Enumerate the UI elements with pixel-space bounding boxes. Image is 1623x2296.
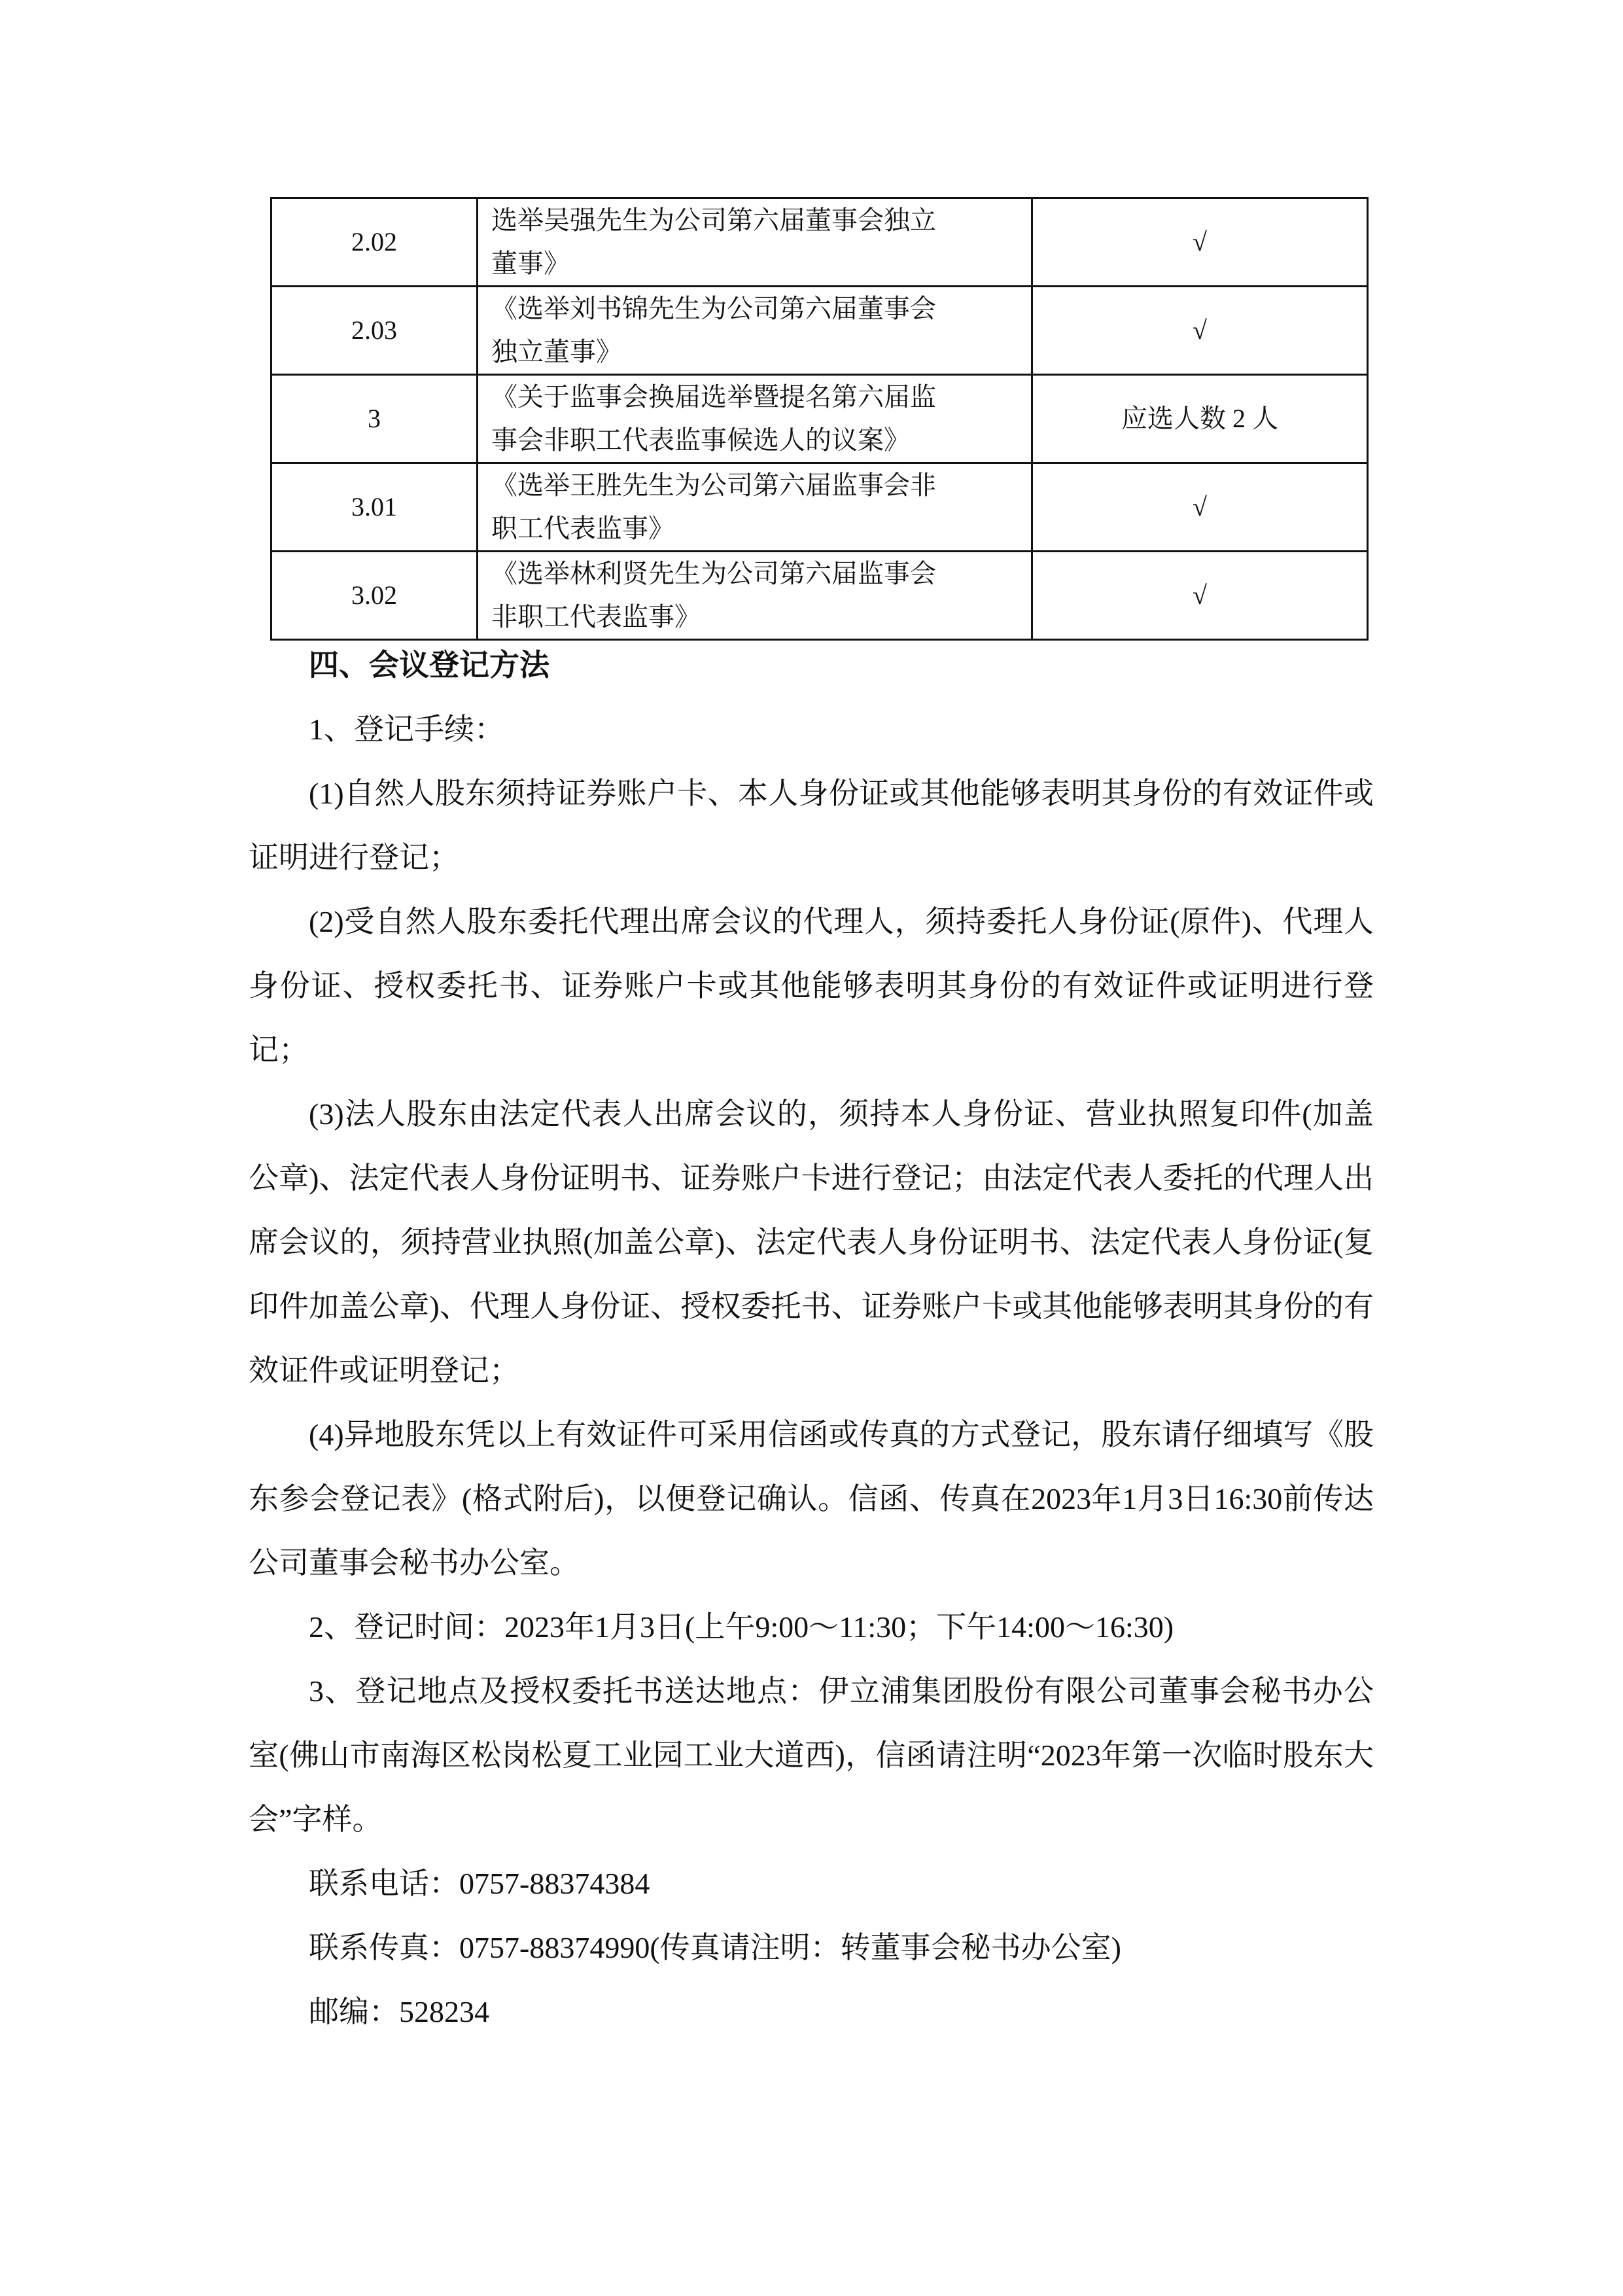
item-title: 1、登记手续： bbox=[249, 698, 1374, 762]
postcode: 邮编：528234 bbox=[249, 1980, 1374, 2044]
proposal-name: 选举吴强先生为公司第六届董事会独立 董事》 bbox=[478, 198, 1032, 287]
registration-section: 四、会议登记方法 1、登记手续： (1)自然人股东须持证券账户卡、本人身份证或其… bbox=[249, 633, 1374, 2044]
proposal-code: 3 bbox=[271, 375, 478, 463]
proposal-name-line: 《选举王胜先生为公司第六届监事会非 bbox=[491, 464, 1018, 507]
paragraph: (2)受自然人股东委托代理出席会议的代理人，须持委托人身份证(原件)、代理人身份… bbox=[249, 890, 1374, 1082]
proposal-name: 《选举林利贤先生为公司第六届监事会 非职工代表监事》 bbox=[478, 552, 1032, 640]
table-row: 3.01 《选举王胜先生为公司第六届监事会非 职工代表监事》 √ bbox=[271, 463, 1368, 552]
proposal-name: 《选举刘书锦先生为公司第六届董事会 独立董事》 bbox=[478, 287, 1032, 375]
paragraph: (4)异地股东凭以上有效证件可采用信函或传真的方式登记，股东请仔细填写《股东参会… bbox=[249, 1403, 1374, 1595]
checkmark-icon: √ bbox=[1032, 287, 1368, 375]
proposal-code: 2.02 bbox=[271, 198, 478, 287]
proposal-name-line: 《选举林利贤先生为公司第六届监事会 bbox=[491, 552, 1018, 595]
table-row: 2.02 选举吴强先生为公司第六届董事会独立 董事》 √ bbox=[271, 198, 1368, 287]
proposal-name-line: 选举吴强先生为公司第六届董事会独立 bbox=[491, 199, 1018, 242]
table-row: 2.03 《选举刘书锦先生为公司第六届董事会 独立董事》 √ bbox=[271, 287, 1368, 375]
checkmark-icon: √ bbox=[1032, 198, 1368, 287]
paragraph: (1)自然人股东须持证券账户卡、本人身份证或其他能够表明其身份的有效证件或证明进… bbox=[249, 762, 1374, 890]
registration-location: 3、登记地点及授权委托书送达地点：伊立浦集团股份有限公司董事会秘书办公室(佛山市… bbox=[249, 1659, 1374, 1852]
proposal-name-line: 非职工代表监事》 bbox=[491, 595, 1018, 639]
registration-time: 2、登记时间：2023年1月3日(上午9:00～11:30；下午14:00～16… bbox=[249, 1595, 1374, 1659]
table-row: 3 《关于监事会换届选举暨提名第六届监 事会非职工代表监事候选人的议案》 应选人… bbox=[271, 375, 1368, 463]
proposal-name: 《关于监事会换届选举暨提名第六届监 事会非职工代表监事候选人的议案》 bbox=[478, 375, 1032, 463]
candidate-count: 应选人数 2 人 bbox=[1032, 375, 1368, 463]
document-page: 2.02 选举吴强先生为公司第六届董事会独立 董事》 √ 2.03 《选举刘书锦… bbox=[0, 0, 1623, 2296]
proposal-name: 《选举王胜先生为公司第六届监事会非 职工代表监事》 bbox=[478, 463, 1032, 552]
proposal-code: 3.02 bbox=[271, 552, 478, 640]
proposal-name-line: 事会非职工代表监事候选人的议案》 bbox=[491, 419, 1018, 462]
proposal-code: 2.03 bbox=[271, 287, 478, 375]
proposal-name-line: 董事》 bbox=[491, 242, 1018, 285]
table-row: 3.02 《选举林利贤先生为公司第六届监事会 非职工代表监事》 √ bbox=[271, 552, 1368, 640]
proposal-name-line: 职工代表监事》 bbox=[491, 507, 1018, 550]
proposal-name-line: 《关于监事会换届选举暨提名第六届监 bbox=[491, 376, 1018, 419]
proposal-name-line: 独立董事》 bbox=[491, 330, 1018, 374]
contact-phone: 联系电话：0757-88374384 bbox=[249, 1852, 1374, 1916]
paragraph: (3)法人股东由法定代表人出席会议的，须持本人身份证、营业执照复印件(加盖公章)… bbox=[249, 1082, 1374, 1403]
contact-fax: 联系传真：0757-88374990(传真请注明：转董事会秘书办公室) bbox=[249, 1916, 1374, 1980]
proposal-table: 2.02 选举吴强先生为公司第六届董事会独立 董事》 √ 2.03 《选举刘书锦… bbox=[270, 197, 1369, 641]
checkmark-icon: √ bbox=[1032, 463, 1368, 552]
proposal-code: 3.01 bbox=[271, 463, 478, 552]
proposal-name-line: 《选举刘书锦先生为公司第六届董事会 bbox=[491, 287, 1018, 330]
section-heading: 四、会议登记方法 bbox=[249, 633, 1374, 698]
checkmark-icon: √ bbox=[1032, 552, 1368, 640]
